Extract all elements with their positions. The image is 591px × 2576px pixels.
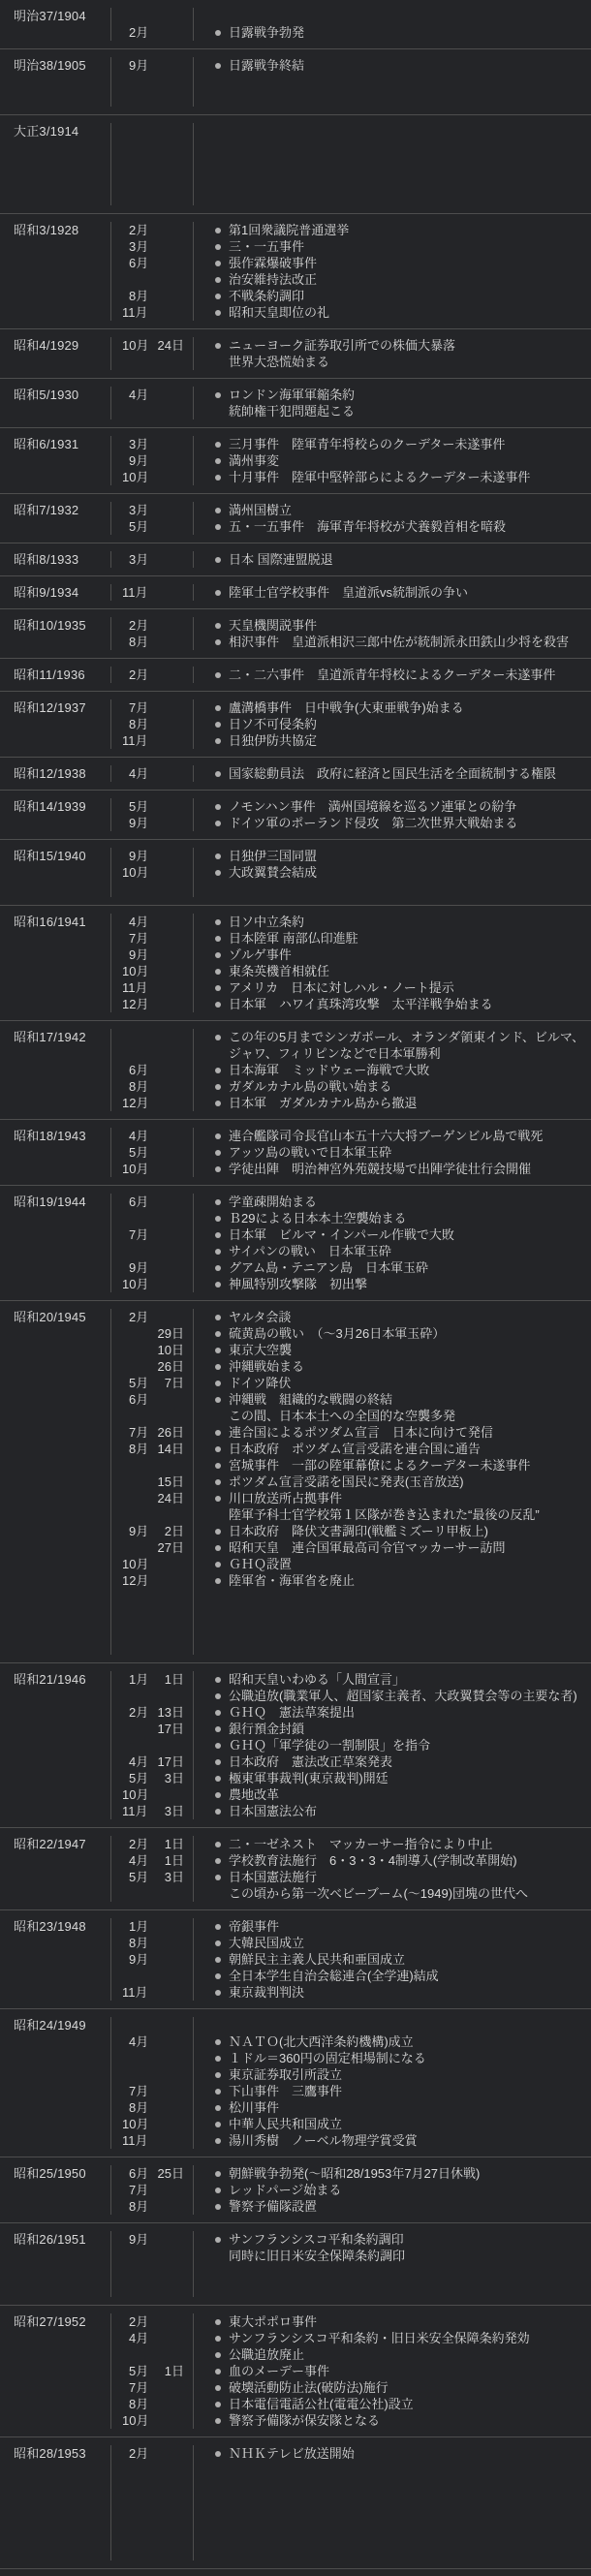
month-line: 10月	[122, 2412, 184, 2429]
event-text: 治安維持法改正	[229, 271, 317, 288]
bullet-icon	[215, 1957, 221, 1963]
timeline-row: 昭和9/193411月陸軍士官学校事件 皇道派vs統制派の争い	[0, 576, 591, 609]
month-label: 3月	[122, 238, 148, 255]
event-cell: 日露戦争勃発	[194, 8, 591, 41]
month-line: 17日	[122, 1721, 184, 1737]
month-line: 11月	[122, 1984, 184, 2001]
event-text: この頃から第一次ベビーブーム(〜1949)団塊の世代へ	[229, 1885, 528, 1902]
month-label: 5月	[122, 798, 148, 815]
event-cell: 帝銀事件大韓民国成立朝鮮民主主義人民共和亜国成立全日本学生自治会総連合(全学連)…	[194, 1918, 591, 2001]
month-label: 8月	[122, 1441, 148, 1457]
month-label: 6月	[122, 255, 148, 271]
month-line	[122, 90, 184, 107]
event-text: 張作霖爆破事件	[229, 255, 317, 271]
month-line: 7月	[122, 2083, 184, 2099]
event-line: この頃から第一次ベビーブーム(〜1949)団塊の世代へ	[194, 1885, 591, 1902]
event-text: 天皇機関説事件	[229, 617, 317, 634]
month-label: 9月	[122, 57, 148, 74]
event-text: グアム島・テニアン島 日本軍玉砕	[229, 1259, 428, 1276]
bullet-icon	[215, 557, 221, 563]
month-label: 10月	[122, 864, 148, 881]
event-text: 昭和天皇即位の礼	[229, 304, 329, 321]
month-line: 12月	[122, 1095, 184, 1111]
bullet-icon	[215, 1479, 221, 1485]
bullet-icon	[215, 1101, 221, 1106]
event-text: ノモンハン事件 満州国境線を巡るソ連軍との紛争	[229, 798, 516, 815]
event-text: 朝鮮民主主義人民共和亜国成立	[229, 1951, 405, 1968]
event-line: グアム島・テニアン島 日本軍玉砕	[194, 1259, 591, 1276]
event-cell: 朝鮮戦争勃発(〜昭和28/1953年7月27日休戦)レッドパージ始まる警察予備隊…	[194, 2165, 591, 2215]
event-text: 沖縄戦始まる	[229, 1358, 304, 1375]
month-line: 11月	[122, 732, 184, 749]
event-text: ロンドン海軍軍縮条約	[229, 387, 355, 403]
bullet-icon	[215, 1348, 221, 1353]
event-line: 下山事件 三鷹事件	[194, 2083, 591, 2099]
event-text: ドイツ軍のポーランド侵攻 第二次世界大戦始まる	[229, 815, 517, 831]
month-line	[122, 2066, 184, 2083]
month-line: 5月	[122, 798, 184, 815]
event-text: 日ソ不可侵条約	[229, 716, 317, 732]
event-line: 日本国憲法公布	[194, 1803, 591, 1819]
month-label: 5月	[122, 1375, 148, 1391]
month-line	[122, 172, 184, 189]
event-text: 公職追放(職業軍人、超国家主義者、大政翼賛会等の主要な者)	[229, 1688, 577, 1704]
month-line	[122, 1457, 184, 1474]
month-line: 10月	[122, 1786, 184, 1803]
bullet-icon	[215, 1381, 221, 1386]
bullet-icon	[215, 1924, 221, 1930]
event-cell: 二・一ゼネスト マッカーサー指令により中止学校教育法施行 6・3・3・4制導入(…	[194, 1836, 591, 1902]
month-line: 8月	[122, 1078, 184, 1095]
event-line: ガダルカナル島の戦い始まる	[194, 1078, 591, 1095]
month-line	[122, 1029, 184, 1045]
month-label: 4月	[122, 2033, 148, 2050]
event-line: 日本軍 ガダルカナル島から撤退	[194, 1095, 591, 1111]
bullet-icon	[215, 985, 221, 991]
event-line: 日本 国際連盟脱退	[194, 551, 591, 568]
month-cell: 4月	[110, 387, 194, 419]
event-line: 川口放送所占拠事件	[194, 1490, 591, 1506]
event-line: 十月事件 陸軍中堅幹部らによるクーデター未遂事件	[194, 469, 591, 485]
day-label: 25日	[158, 2165, 184, 2182]
event-text: 帝銀事件	[229, 1918, 279, 1935]
month-label: 8月	[122, 634, 148, 650]
bullet-icon	[215, 2385, 221, 2391]
event-line: 昭和天皇いわゆる「人間宣言」	[194, 1671, 591, 1688]
event-line: アッツ島の戦いで日本軍玉砕	[194, 1144, 591, 1161]
bullet-icon	[215, 1150, 221, 1156]
event-text: 三・一五事件	[229, 238, 304, 255]
month-cell: 2月29日10日26日5月7日6月7月26日8月14日15日24日9月2日27日…	[110, 1309, 194, 1655]
bullet-icon	[215, 228, 221, 233]
day-label: 3日	[165, 1869, 184, 1885]
month-label: 4月	[122, 2330, 148, 2346]
empty-line	[194, 189, 591, 205]
month-label: 11月	[122, 979, 148, 996]
event-line: ＮＡＴＯ(北大西洋条約機構)成立	[194, 2033, 591, 2050]
event-line: この年の5月までシンガポール、オランダ領東インド、ビルマ、	[194, 1029, 591, 1045]
month-line: 11月	[122, 2132, 184, 2149]
event-line: 極東軍事裁判(東京裁判)開廷	[194, 1770, 591, 1786]
year-cell: 昭和27/1952	[0, 2313, 110, 2429]
event-cell	[194, 123, 591, 205]
bullet-icon	[215, 1232, 221, 1238]
month-line: 3月	[122, 238, 184, 255]
month-line	[122, 2050, 184, 2066]
month-label: 11月	[122, 2132, 148, 2149]
month-label: 5月	[122, 1144, 148, 1161]
event-cell: ロンドン海軍軍縮条約統帥権干犯問題起こる	[194, 387, 591, 419]
month-line: 7月26日	[122, 1424, 184, 1441]
month-label: 10月	[122, 1276, 148, 1292]
event-text: ニューヨーク証券取引所での株価大暴落	[229, 337, 455, 354]
event-text: 不戦条約調印	[229, 288, 304, 304]
year-cell: 昭和10/1935	[0, 617, 110, 650]
month-label: 11月	[122, 1984, 148, 2001]
event-text: 公職追放廃止	[229, 2346, 304, 2363]
bullet-icon	[215, 1084, 221, 1090]
month-label: 10月	[122, 2116, 148, 2132]
bullet-icon	[215, 1792, 221, 1798]
event-text: 日独伊三国同盟	[229, 848, 317, 864]
month-line	[122, 2017, 184, 2033]
month-cell: 11月	[110, 584, 194, 601]
month-label: 10月	[122, 337, 148, 354]
event-line: 松川事件	[194, 2099, 591, 2116]
event-text: 東京証券取引所設立	[229, 2066, 342, 2083]
month-cell: 1月1日2月13日17日4月17日5月3日10月11月3日	[110, 1671, 194, 1819]
bullet-icon	[215, 442, 221, 448]
bullet-icon	[215, 1035, 221, 1040]
event-line: ＧＨＱ設置	[194, 1556, 591, 1572]
year-cell: 昭和7/1932	[0, 502, 110, 535]
event-text: 下山事件 三鷹事件	[229, 2083, 342, 2099]
month-cell: 10月24日	[110, 337, 194, 370]
month-label: 2月	[122, 2313, 148, 2330]
month-line: 10月	[122, 864, 184, 881]
month-line	[122, 1605, 184, 1622]
month-line	[122, 2544, 184, 2560]
empty-line	[194, 2017, 591, 2033]
event-line: ＮＨＫテレビ放送開始	[194, 2445, 591, 2462]
month-line	[122, 1408, 184, 1424]
event-text: サンフランシスコ平和条約・旧日米安全保障条約発効	[229, 2330, 530, 2346]
bullet-icon	[215, 2319, 221, 2325]
month-label: 10月	[122, 2412, 148, 2429]
month-line: 4月17日	[122, 1754, 184, 1770]
month-cell: 2月1日4月1日5月3日	[110, 1836, 194, 1902]
month-line: 5月	[122, 518, 184, 535]
event-line: 昭和天皇 連合国軍最高司令官マッカーサー訪問	[194, 1539, 591, 1556]
event-cell: 日本 国際連盟脱退	[194, 551, 591, 568]
event-line: ドイツ軍のポーランド侵攻 第二次世界大戦始まる	[194, 815, 591, 831]
event-text: アッツ島の戦いで日本軍玉砕	[229, 1144, 391, 1161]
bullet-icon	[215, 1446, 221, 1452]
event-text: 宮城事件 一部の陸軍幕僚によるクーデター未遂事件	[229, 1457, 530, 1474]
event-cell: 日ソ中立条約日本陸軍 南部仏印進駐ゾルゲ事件東条英機首相就任アメリカ 日本に対し…	[194, 914, 591, 1012]
day-label: 27日	[158, 1539, 184, 1556]
month-cell: 6月7月9月10月	[110, 1194, 194, 1292]
event-text: 陸軍省・海軍省を廃止	[229, 1572, 355, 1589]
event-line: 公職追放(職業軍人、超国家主義者、大政翼賛会等の主要な者)	[194, 1688, 591, 1704]
month-line	[122, 2248, 184, 2264]
event-line: 満州国樹立	[194, 502, 591, 518]
event-cell: 日露戦争終結	[194, 57, 591, 107]
timeline-row: 昭和12/19377月8月11月盧溝橋事件 日中戦争(大東亜戦争)始まる日ソ不可…	[0, 692, 591, 758]
month-line: 2月1日	[122, 1836, 184, 1852]
bullet-icon	[215, 1710, 221, 1716]
event-line: サンフランシスコ平和条約・旧日米安全保障条約発効	[194, 2330, 591, 2346]
month-line: 2月	[122, 2445, 184, 2462]
month-label: 11月	[122, 304, 148, 321]
bullet-icon	[215, 1973, 221, 1979]
timeline-row: 昭和21/19461月1日2月13日17日4月17日5月3日10月11月3日昭和…	[0, 1663, 591, 1828]
event-line: 日ソ不可侵条約	[194, 716, 591, 732]
event-text: 湯川秀樹 ノーベル物理学賞受賞	[229, 2132, 418, 2149]
event-text: 中華人民共和国成立	[229, 2116, 342, 2132]
event-line: アメリカ 日本に対しハル・ノート提示	[194, 979, 591, 996]
event-line: 東京証券取引所設立	[194, 2066, 591, 2083]
bullet-icon	[215, 2089, 221, 2095]
event-line: 日本電信電話公社(電電公社)設立	[194, 2396, 591, 2412]
year-cell: 昭和25/1950	[0, 2165, 110, 2215]
bullet-icon	[215, 244, 221, 250]
timeline-row: 昭和15/19409月10月日独伊三国同盟大政翼賛会結成	[0, 840, 591, 906]
bullet-icon	[215, 2451, 221, 2457]
day-label: 26日	[158, 1358, 184, 1375]
month-line: 27日	[122, 1539, 184, 1556]
event-cell: 国家総動員法 政府に経済と国民生活を全面統制する権限	[194, 765, 591, 782]
empty-line	[194, 1638, 591, 1655]
month-line: 7月	[122, 699, 184, 716]
month-line: 9月	[122, 947, 184, 963]
month-label: 8月	[122, 2099, 148, 2116]
month-line	[122, 189, 184, 205]
month-label: 7月	[122, 2182, 148, 2198]
month-label: 6月	[122, 2165, 148, 2182]
month-label: 10月	[122, 1556, 148, 1572]
month-line	[122, 1688, 184, 1704]
bullet-icon	[215, 1133, 221, 1139]
month-line	[122, 156, 184, 172]
month-label: 1月	[122, 1671, 148, 1688]
month-label: 10月	[122, 1786, 148, 1803]
event-line: 三・一五事件	[194, 238, 591, 255]
event-text: ＧＨＱ「軍学徒の一割制限」を指令	[229, 1737, 430, 1754]
bullet-icon	[215, 2138, 221, 2144]
month-line	[122, 2511, 184, 2528]
event-line: 日露戦争勃発	[194, 24, 591, 41]
bullet-icon	[215, 2204, 221, 2210]
month-label: 8月	[122, 288, 148, 304]
day-label: 17日	[158, 1721, 184, 1737]
month-line: 8月	[122, 2099, 184, 2116]
bullet-icon	[215, 1776, 221, 1782]
year-cell: 昭和26/1951	[0, 2231, 110, 2297]
month-label: 4月	[122, 1754, 148, 1770]
timeline-row: 昭和19/19446月7月9月10月学童疎開始まるＢ29による日本本土空襲始まる…	[0, 1186, 591, 1301]
month-line: 6月	[122, 1062, 184, 1078]
event-line: 神風特別攻撃隊 初出撃	[194, 1276, 591, 1292]
event-line: レッドパージ始まる	[194, 2182, 591, 2198]
bullet-icon	[215, 63, 221, 69]
day-label: 3日	[165, 1770, 184, 1786]
bullet-icon	[215, 1430, 221, 1436]
year-cell: 昭和14/1939	[0, 798, 110, 831]
event-line: 天皇機関説事件	[194, 617, 591, 634]
month-line: 10月24日	[122, 337, 184, 354]
month-label: 2月	[122, 2445, 148, 2462]
event-cell: 学童疎開始まるＢ29による日本本土空襲始まる日本軍 ビルマ・インパール作戦で大敗…	[194, 1194, 591, 1292]
month-label: 7月	[122, 699, 148, 716]
event-line: Ｂ29による日本本土空襲始まる	[194, 1210, 591, 1226]
month-label: 2月	[122, 1836, 148, 1852]
month-line	[122, 2478, 184, 2495]
event-line: 昭和天皇即位の礼	[194, 304, 591, 321]
month-line	[122, 1210, 184, 1226]
bullet-icon	[215, 310, 221, 316]
month-label: 10月	[122, 1161, 148, 1177]
month-line: 15日	[122, 1474, 184, 1490]
month-line: 10日	[122, 1342, 184, 1358]
bullet-icon	[215, 261, 221, 266]
event-line: ロンドン海軍軍縮条約	[194, 387, 591, 403]
month-label: 9月	[122, 2231, 148, 2248]
month-label: 10月	[122, 963, 148, 979]
day-label: 15日	[158, 1474, 184, 1490]
timeline-row: 昭和12/19384月国家総動員法 政府に経済と国民生活を全面統制する権限	[0, 758, 591, 791]
year-cell: 昭和16/1941	[0, 914, 110, 1012]
month-line: 29日	[122, 1325, 184, 1342]
event-line: 連合国によるポツダム宣言 日本に向けて発信	[194, 1424, 591, 1441]
month-line: 4月	[122, 765, 184, 782]
event-text: 学校教育法施行 6・3・3・4制導入(学制改革開始)	[229, 1852, 517, 1869]
bullet-icon	[215, 672, 221, 678]
month-line: 4月	[122, 2033, 184, 2050]
month-label: 11月	[122, 732, 148, 749]
month-label: 2月	[122, 24, 148, 41]
empty-line	[194, 90, 591, 107]
event-line: 張作霖爆破事件	[194, 255, 591, 271]
month-label: 2月	[122, 617, 148, 634]
bullet-icon	[215, 1364, 221, 1370]
event-line: 沖縄戦 組織的な戦闘の終結	[194, 1391, 591, 1408]
event-line: 日本政府 ポツダム宣言受諾を連合国に通告	[194, 1441, 591, 1457]
month-line	[122, 1968, 184, 1984]
bullet-icon	[215, 475, 221, 481]
event-text: 日ソ中立条約	[229, 914, 304, 930]
event-text: 二・二六事件 皇道派青年将校によるクーデター未遂事件	[229, 667, 555, 683]
event-text: 破壊活動防止法(破防法)施行	[229, 2379, 389, 2396]
month-line: 2月	[122, 24, 184, 41]
event-text: 日本軍 ビルマ・インパール作戦で大敗	[229, 1226, 454, 1243]
event-line: 血のメーデー事件	[194, 2363, 591, 2379]
year-cell: 昭和4/1929	[0, 337, 110, 370]
event-text: 二・一ゼネスト マッカーサー指令により中止	[229, 1836, 492, 1852]
history-timeline-table: 明治37/19042月日露戦争勃発明治38/19059月日露戦争終結大正3/19…	[0, 0, 591, 2576]
event-line: 日独伊防共協定	[194, 732, 591, 749]
year-cell: 昭和12/1938	[0, 765, 110, 782]
month-line: 4月	[122, 2330, 184, 2346]
empty-line	[194, 123, 591, 140]
event-text: 満州国樹立	[229, 502, 292, 518]
month-line: 12月	[122, 996, 184, 1012]
month-label: 9月	[122, 815, 148, 831]
bullet-icon	[215, 936, 221, 942]
event-text: ＧＨＱ 憲法草案提出	[229, 1704, 355, 1721]
event-text: 相沢事件 皇道派相沢三郎中佐が統制派永田鉄山少将を殺害	[229, 634, 569, 650]
event-line: 第1回衆議院普通選挙	[194, 222, 591, 238]
month-line: 9月	[122, 815, 184, 831]
event-text: この年の5月までシンガポール、オランダ領東インド、ビルマ、	[229, 1029, 584, 1045]
event-line: 盧溝橋事件 日中戦争(大東亜戦争)始まる	[194, 699, 591, 716]
bullet-icon	[215, 705, 221, 711]
month-line	[122, 1885, 184, 1902]
month-line: 6月	[122, 1194, 184, 1210]
year-cell: 昭和11/1936	[0, 667, 110, 683]
event-line: 湯川秀樹 ノーベル物理学賞受賞	[194, 2132, 591, 2149]
month-label: 7月	[122, 2379, 148, 2396]
event-text: 日独伊防共協定	[229, 732, 317, 749]
event-text: サンフランシスコ平和条約調印	[229, 2231, 404, 2248]
event-line: 大政翼賛会結成	[194, 864, 591, 881]
event-line: ニューヨーク証券取引所での株価大暴落	[194, 337, 591, 354]
month-line	[122, 881, 184, 897]
event-line: 学徒出陣 明治神宮外苑競技場で出陣学徒壮行会開催	[194, 1161, 591, 1177]
event-text: この間、日本本土への全国的な空襲多発	[229, 1408, 455, 1424]
month-line: 2月	[122, 222, 184, 238]
day-label: 1日	[165, 2363, 184, 2379]
event-cell: ノモンハン事件 満州国境線を巡るソ連軍との紛争ドイツ軍のポーランド侵攻 第二次世…	[194, 798, 591, 831]
year-cell: 昭和17/1942	[0, 1029, 110, 1111]
bullet-icon	[215, 738, 221, 744]
event-text: 昭和天皇 連合国軍最高司令官マッカーサー訪問	[229, 1539, 505, 1556]
event-text: 学童疎開始まる	[229, 1194, 317, 1210]
bullet-icon	[215, 870, 221, 876]
event-text: 川口放送所占拠事件	[229, 1490, 342, 1506]
empty-line	[194, 156, 591, 172]
month-line: 8月	[122, 634, 184, 650]
month-line: 9月2日	[122, 1523, 184, 1539]
month-line: 8月	[122, 716, 184, 732]
timeline-row: 明治37/19042月日露戦争勃発	[0, 0, 591, 49]
event-text: ＮＨＫテレビ放送開始	[229, 2445, 355, 2462]
month-line: 3月	[122, 436, 184, 452]
event-line: 帝銀事件	[194, 1918, 591, 1935]
event-text: サイパンの戦い 日本軍玉砕	[229, 1243, 391, 1259]
bullet-icon	[215, 508, 221, 513]
event-text: 警察予備隊設置	[229, 2198, 317, 2215]
timeline-row: 昭和11/19362月二・二六事件 皇道派青年将校によるクーデター未遂事件	[0, 659, 591, 692]
month-cell: 2月	[110, 667, 194, 683]
event-line: 日ソ中立条約	[194, 914, 591, 930]
month-label: 6月	[122, 1391, 148, 1408]
month-label: 3月	[122, 436, 148, 452]
month-line	[122, 123, 184, 140]
month-line: 4月1日	[122, 1852, 184, 1869]
event-text: 統帥権干犯問題起こる	[229, 403, 355, 419]
month-line	[122, 1737, 184, 1754]
month-line: 5月7日	[122, 1375, 184, 1391]
month-cell: 3月5月	[110, 502, 194, 535]
event-text: 朝鮮戦争勃発(〜昭和28/1953年7月27日休戦)	[229, 2165, 480, 2182]
bullet-icon	[215, 1529, 221, 1535]
year-cell: 昭和18/1943	[0, 1128, 110, 1177]
empty-line	[194, 74, 591, 90]
month-label: 8月	[122, 2396, 148, 2412]
event-line: 世界大恐慌始まる	[194, 354, 591, 370]
month-cell: 9月10月	[110, 848, 194, 897]
